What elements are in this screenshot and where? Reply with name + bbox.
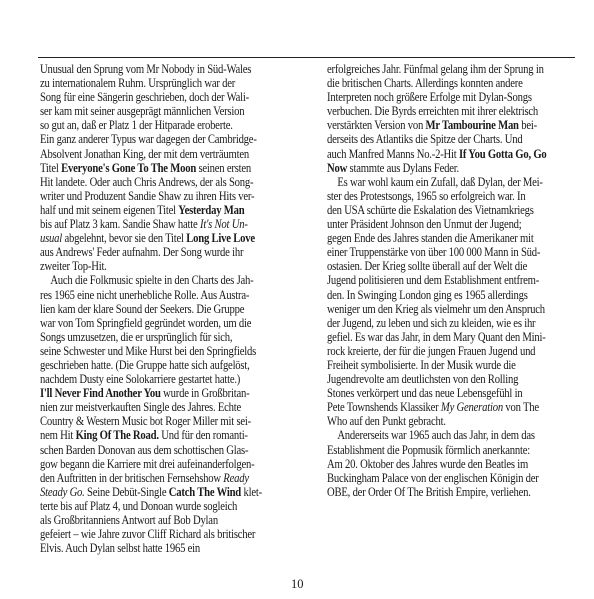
text-line: bis auf Platz 3 kam. Sandie Shaw hatte I… bbox=[40, 217, 298, 231]
text-line: Songs umzusetzen, die er ursprünglich fü… bbox=[40, 330, 298, 344]
text-run: writer und Produzent Sandie Shaw zu ihre… bbox=[40, 189, 254, 203]
text-run: Songs umzusetzen, die er ursprünglich fü… bbox=[40, 330, 232, 344]
text-line: ster des Protestsongs, 1965 so erfolgrei… bbox=[327, 189, 585, 203]
text-run: klet- bbox=[241, 485, 262, 499]
text-line: den Auftritten in der britischen Fernseh… bbox=[40, 471, 298, 485]
text-line: Jugend politisieren und dem Establishmen… bbox=[327, 273, 585, 287]
text-run: den. In Swinging London ging es 1965 all… bbox=[327, 288, 528, 302]
text-run: auch Manfred Manns No.-2-Hit bbox=[327, 147, 459, 161]
text-run: ostasien. Der Krieg sollte überall auf d… bbox=[327, 259, 527, 273]
text-line: derseits des Atlantiks die Spitze der Ch… bbox=[327, 132, 585, 146]
song-title: Yesterday Man bbox=[178, 203, 244, 217]
text-run: half und mit seinem eigenen Titel bbox=[40, 203, 178, 217]
text-run: verbuchen. Die Byrds erreichten mit ihre… bbox=[327, 104, 538, 118]
text-run: Andererseits war 1965 auch das Jahr, in … bbox=[337, 428, 535, 442]
text-run: Es war wohl kaum ein Zufall, daß Dylan, … bbox=[337, 175, 542, 189]
text-run: den USA schürte die Eskalation des Vietn… bbox=[327, 203, 534, 217]
text-line: verbuchen. Die Byrds erreichten mit ihre… bbox=[327, 104, 585, 118]
text-line: nem Hit King Of The Road. Und für den ro… bbox=[40, 428, 298, 442]
text-run: Who auf den Punkt gebracht. bbox=[327, 414, 446, 428]
text-line: weniger um den Krieg als vielmehr um den… bbox=[327, 302, 585, 316]
text-run: gegen Ende des Jahres standen die Amerik… bbox=[327, 231, 534, 245]
top-rule bbox=[38, 57, 575, 58]
text-line: schen Barden Donovan aus dem schottische… bbox=[40, 443, 298, 457]
text-line: OBE, der Order Of The British Empire, ve… bbox=[327, 485, 585, 499]
text-line: usual abgelehnt, bevor sie den Titel Lon… bbox=[40, 231, 298, 245]
text-run: war von Tom Springfield gegründet worden… bbox=[40, 316, 251, 330]
text-run: schen Barden Donovan aus dem schottische… bbox=[40, 443, 248, 457]
text-run: nachdem Dusty eine Solokarriere gestarte… bbox=[40, 372, 240, 386]
text-line: gefeiert – wie Jahre zuvor Cliff Richard… bbox=[40, 527, 298, 541]
text-line: auch Manfred Manns No.-2-Hit If You Gott… bbox=[327, 147, 585, 161]
text-line: half und mit seinem eigenen Titel Yester… bbox=[40, 203, 298, 217]
italic-title: Ready bbox=[223, 471, 249, 485]
text-run: seinen ersten bbox=[196, 161, 251, 175]
text-run: ster des Protestsongs, 1965 so erfolgrei… bbox=[327, 189, 525, 203]
text-run: gefeiert – wie Jahre zuvor Cliff Richard… bbox=[40, 527, 255, 541]
text-run: Pete Townshends Klassiker bbox=[327, 400, 441, 414]
text-run: Jugend politisieren und dem Establishmen… bbox=[327, 273, 539, 287]
text-line: Auch die Folkmusic spielte in den Charts… bbox=[40, 273, 298, 287]
text-line: lien kam der klare Sound der Seekers. Di… bbox=[40, 302, 298, 316]
song-title: Mr Tambourine Man bbox=[426, 118, 519, 132]
text-run: rock kreierte, der für die jungen Frauen… bbox=[327, 344, 535, 358]
text-run: Elvis. Auch Dylan selbst hatte 1965 ein bbox=[40, 541, 200, 555]
text-line: Absolvent Jonathan King, der mit dem ver… bbox=[40, 147, 298, 161]
text-run: Establishment die Popmusik förmlich aner… bbox=[327, 443, 530, 457]
text-run: Jugendrevolte am deutlichsten von den Ro… bbox=[327, 372, 518, 386]
text-line: der Jugend, zu leben und sich zu kleiden… bbox=[327, 316, 585, 330]
text-line: einer Truppenstärke von über 100 000 Man… bbox=[327, 245, 585, 259]
song-title: I'll Never Find Another You bbox=[40, 386, 161, 400]
text-run: als Großbritanniens Antwort auf Bob Dyla… bbox=[40, 513, 218, 527]
text-run: Und für den romanti- bbox=[159, 428, 248, 442]
text-run: OBE, der Order Of The British Empire, ve… bbox=[327, 485, 531, 499]
text-run: Stones verkörpert und das neue Lebensgef… bbox=[327, 386, 522, 400]
text-run: Freiheit symbolisierte. In der Musik wur… bbox=[327, 358, 516, 372]
text-line: gegen Ende des Jahres standen die Amerik… bbox=[327, 231, 585, 245]
text-line: Song für eine Sängerin geschrieben, doch… bbox=[40, 90, 298, 104]
text-run: seine Schwester und Mike Hurst bei den S… bbox=[40, 344, 256, 358]
text-line: Hit landete. Oder auch Chris Andrews, de… bbox=[40, 175, 298, 189]
text-line: Jugendrevolte am deutlichsten von den Ro… bbox=[327, 372, 585, 386]
text-line: zweiter Top-Hit. bbox=[40, 259, 298, 273]
text-run: wurde in Großbritan- bbox=[161, 386, 250, 400]
text-line: nachdem Dusty eine Solokarriere gestarte… bbox=[40, 372, 298, 386]
song-title: Long Live Love bbox=[186, 231, 255, 245]
italic-title: It's Not Un- bbox=[200, 217, 248, 231]
song-title: Now bbox=[327, 161, 347, 175]
text-line: seine Schwester und Mike Hurst bei den S… bbox=[40, 344, 298, 358]
text-run: gefiel. Es war das Jahr, in dem Mary Qua… bbox=[327, 330, 546, 344]
text-line: rock kreierte, der für die jungen Frauen… bbox=[327, 344, 585, 358]
text-line: I'll Never Find Another You wurde in Gro… bbox=[40, 386, 298, 400]
text-line: als Großbritanniens Antwort auf Bob Dyla… bbox=[40, 513, 298, 527]
text-run: Hit landete. Oder auch Chris Andrews, de… bbox=[40, 175, 253, 189]
text-line: geschrieben hatte. (Die Gruppe hatte sic… bbox=[40, 358, 298, 372]
text-run: zu internationalem Ruhm. Ursprünglich wa… bbox=[40, 76, 235, 90]
text-run: Country & Western Music bot Roger Miller… bbox=[40, 414, 251, 428]
text-line: Now stammte aus Dylans Feder. bbox=[327, 161, 585, 175]
text-line: Freiheit symbolisierte. In der Musik wur… bbox=[327, 358, 585, 372]
text-run: Titel bbox=[40, 161, 61, 175]
text-line: Country & Western Music bot Roger Miller… bbox=[40, 414, 298, 428]
text-run: Buckingham Palace von der englischen Kön… bbox=[327, 471, 539, 485]
text-run: unter Präsident Johnson den Unmut der Ju… bbox=[327, 217, 522, 231]
text-run: zweiter Top-Hit. bbox=[40, 259, 107, 273]
text-run: Ein ganz anderer Typus war dagegen der C… bbox=[40, 132, 257, 146]
right-column: erfolgreiches Jahr. Fünfmal gelang ihm d… bbox=[327, 62, 585, 499]
text-line: so gut an, daß er Platz 1 der Hitparade … bbox=[40, 118, 298, 132]
text-run: bei- bbox=[519, 118, 537, 132]
song-title: Catch The Wind bbox=[169, 485, 241, 499]
text-run: res 1965 eine nicht unerhebliche Rolle. … bbox=[40, 288, 249, 302]
text-run: lien kam der klare Sound der Seekers. Di… bbox=[40, 302, 244, 316]
text-line: Who auf den Punkt gebracht. bbox=[327, 414, 585, 428]
song-title: Everyone's Gone To The Moon bbox=[61, 161, 196, 175]
text-line: Unusual den Sprung vom Mr Nobody in Süd-… bbox=[40, 62, 298, 76]
text-run: verstärkten Version von bbox=[327, 118, 426, 132]
text-run: von The bbox=[503, 400, 539, 414]
text-line: Elvis. Auch Dylan selbst hatte 1965 ein bbox=[40, 541, 298, 555]
text-run: aus Andrews' Feder aufnahm. Der Song wur… bbox=[40, 245, 243, 259]
text-run: erfolgreiches Jahr. Fünfmal gelang ihm d… bbox=[327, 62, 544, 76]
italic-title: My Generation bbox=[441, 400, 503, 414]
text-line: aus Andrews' Feder aufnahm. Der Song wur… bbox=[40, 245, 298, 259]
text-run: Auch die Folkmusic spielte in den Charts… bbox=[50, 273, 253, 287]
text-run: ser kam mit seiner ausgeprägt männlichen… bbox=[40, 104, 244, 118]
text-line: war von Tom Springfield gegründet worden… bbox=[40, 316, 298, 330]
text-run: einer Truppenstärke von über 100 000 Man… bbox=[327, 245, 540, 259]
text-run: Absolvent Jonathan King, der mit dem ver… bbox=[40, 147, 249, 161]
text-run: weniger um den Krieg als vielmehr um den… bbox=[327, 302, 545, 316]
text-line: writer und Produzent Sandie Shaw zu ihre… bbox=[40, 189, 298, 203]
text-run: die britischen Charts. Allerdings konnte… bbox=[327, 76, 523, 90]
text-run: der Jugend, zu leben und sich zu kleiden… bbox=[327, 316, 535, 330]
text-line: Steady Go. Seine Debüt-Single Catch The … bbox=[40, 485, 298, 499]
text-run: den Auftritten in der britischen Fernseh… bbox=[40, 471, 223, 485]
text-line: verstärkten Version von Mr Tambourine Ma… bbox=[327, 118, 585, 132]
italic-title: Steady Go. bbox=[40, 485, 85, 499]
text-line: res 1965 eine nicht unerhebliche Rolle. … bbox=[40, 288, 298, 302]
text-run: geschrieben hatte. (Die Gruppe hatte sic… bbox=[40, 358, 250, 372]
italic-title: usual bbox=[40, 231, 62, 245]
text-run: Unusual den Sprung vom Mr Nobody in Süd-… bbox=[40, 62, 251, 76]
song-title: If You Gotta Go, Go bbox=[459, 147, 547, 161]
text-run: Song für eine Sängerin geschrieben, doch… bbox=[40, 90, 249, 104]
text-line: gow begann die Karriere mit drei aufeina… bbox=[40, 457, 298, 471]
text-line: Es war wohl kaum ein Zufall, daß Dylan, … bbox=[327, 175, 585, 189]
text-run: terte bis auf Platz 4, und Donoan wurde … bbox=[40, 499, 237, 513]
song-title: King Of The Road. bbox=[76, 428, 159, 442]
text-line: unter Präsident Johnson den Unmut der Ju… bbox=[327, 217, 585, 231]
text-run: gow begann die Karriere mit drei aufeina… bbox=[40, 457, 254, 471]
text-line: den. In Swinging London ging es 1965 all… bbox=[327, 288, 585, 302]
text-line: Andererseits war 1965 auch das Jahr, in … bbox=[327, 428, 585, 442]
text-line: Interpreten noch größere Erfolge mit Dyl… bbox=[327, 90, 585, 104]
text-line: Ein ganz anderer Typus war dagegen der C… bbox=[40, 132, 298, 146]
text-line: den USA schürte die Eskalation des Vietn… bbox=[327, 203, 585, 217]
text-line: Titel Everyone's Gone To The Moon seinen… bbox=[40, 161, 298, 175]
text-line: nien zur meistverkauften Single des Jahr… bbox=[40, 400, 298, 414]
text-line: ostasien. Der Krieg sollte überall auf d… bbox=[327, 259, 585, 273]
text-line: terte bis auf Platz 4, und Donoan wurde … bbox=[40, 499, 298, 513]
text-line: erfolgreiches Jahr. Fünfmal gelang ihm d… bbox=[327, 62, 585, 76]
text-run: Seine Debüt-Single bbox=[85, 485, 169, 499]
text-line: zu internationalem Ruhm. Ursprünglich wa… bbox=[40, 76, 298, 90]
text-line: ser kam mit seiner ausgeprägt männlichen… bbox=[40, 104, 298, 118]
text-run: abgelehnt, bevor sie den Titel bbox=[62, 231, 186, 245]
text-line: Pete Townshends Klassiker My Generation … bbox=[327, 400, 585, 414]
text-run: Interpreten noch größere Erfolge mit Dyl… bbox=[327, 90, 532, 104]
text-line: Establishment die Popmusik förmlich aner… bbox=[327, 443, 585, 457]
text-line: Am 20. Oktober des Jahres wurde den Beat… bbox=[327, 457, 585, 471]
text-run: so gut an, daß er Platz 1 der Hitparade … bbox=[40, 118, 233, 132]
text-line: Stones verkörpert und das neue Lebensgef… bbox=[327, 386, 585, 400]
text-run: nien zur meistverkauften Single des Jahr… bbox=[40, 400, 241, 414]
text-line: Buckingham Palace von der englischen Kön… bbox=[327, 471, 585, 485]
text-line: gefiel. Es war das Jahr, in dem Mary Qua… bbox=[327, 330, 585, 344]
text-line: die britischen Charts. Allerdings konnte… bbox=[327, 76, 585, 90]
text-run: nem Hit bbox=[40, 428, 76, 442]
text-run: Am 20. Oktober des Jahres wurde den Beat… bbox=[327, 457, 528, 471]
text-run: bis auf Platz 3 kam. Sandie Shaw hatte bbox=[40, 217, 200, 231]
page-number: 10 bbox=[291, 577, 304, 592]
text-run: derseits des Atlantiks die Spitze der Ch… bbox=[327, 132, 522, 146]
text-run: stammte aus Dylans Feder. bbox=[347, 161, 459, 175]
left-column: Unusual den Sprung vom Mr Nobody in Süd-… bbox=[40, 62, 298, 555]
